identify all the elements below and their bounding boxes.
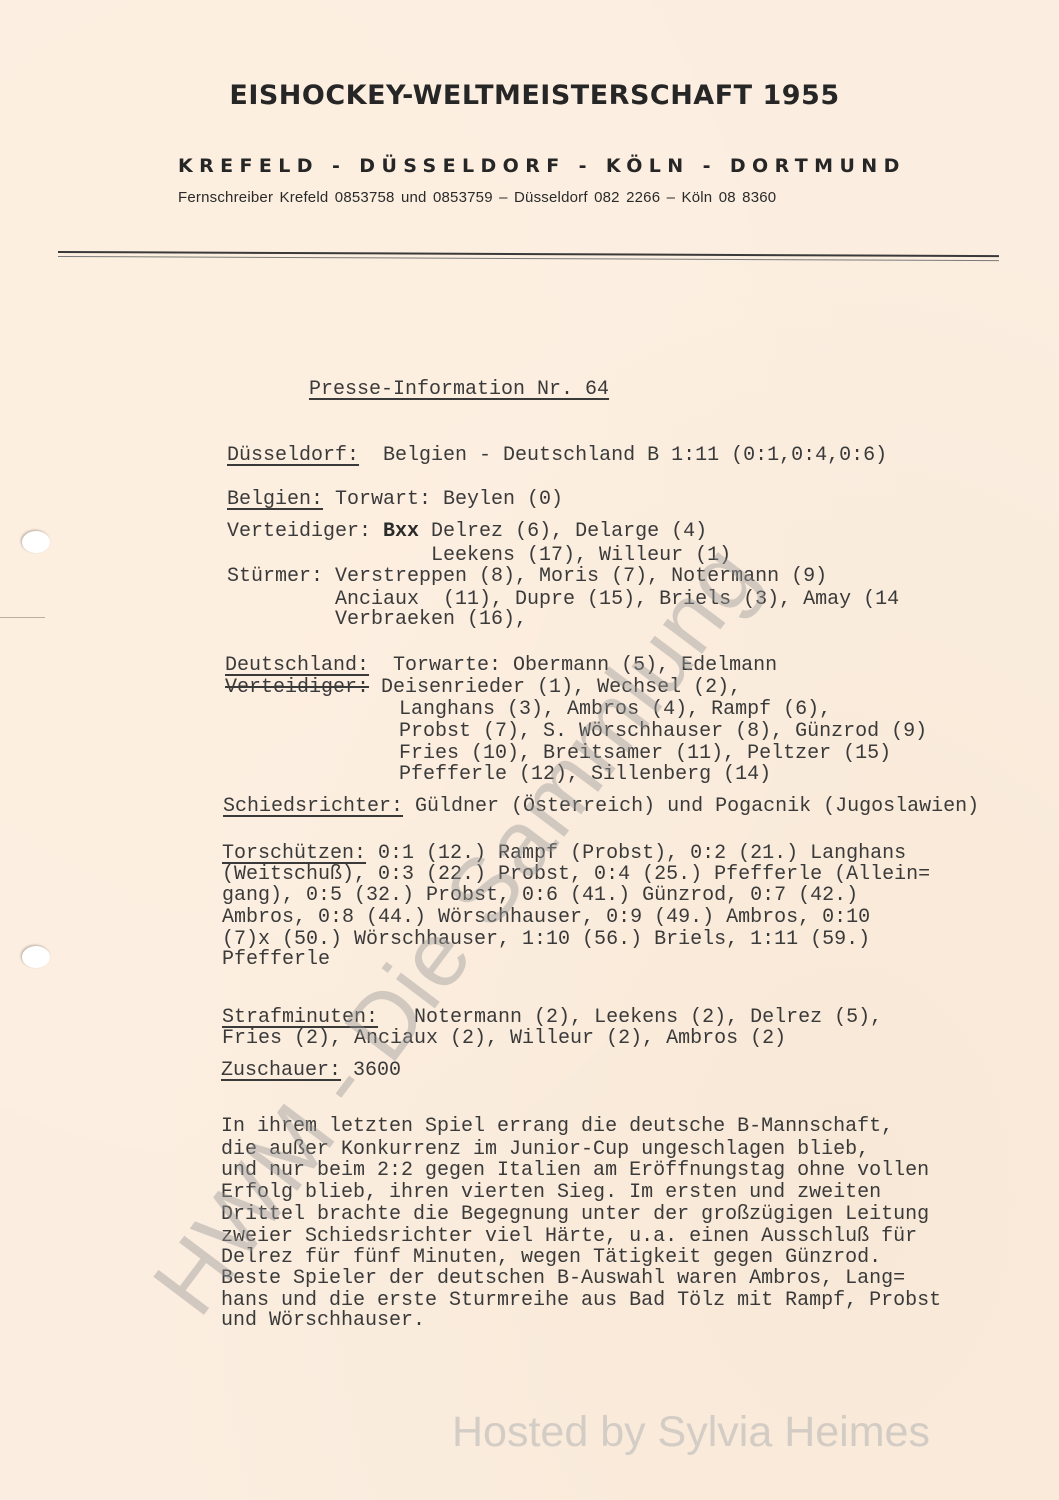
match-result: Belgien - Deutschland B 1:11 (0:1,0:4,0:… [359,444,887,467]
belgien-goalie-line: Belgien: Torwart: Beylen (0) [227,489,563,510]
belgien-defense-line-1: Verteidiger: Bxx Delrez (6), Delarge (4) [227,521,707,542]
report-line-10: und Wörschhauser. [221,1310,425,1331]
belgien-label: Belgien: [227,488,323,511]
scorers-line-3: gang), 0:5 (32.) Probst, 0:6 (41.) Günzr… [222,885,858,906]
deutschland-goalie: Torwarte: Obermann (5), Edelmann [369,654,777,677]
deutschland-players-line-5: Pfefferle (12), Sillenberg (14) [243,764,771,785]
letterhead-title: EISHOCKEY-WELTMEISTERSCHAFT 1955 [0,80,1059,111]
report-line-1: In ihrem letzten Spiel errang die deutsc… [221,1116,893,1137]
referees-line: Schiedsrichter: Güldner (Österreich) und… [223,796,979,817]
scorers-line-5: (7)x (50.) Wörschhauser, 1:10 (56.) Brie… [222,929,870,950]
report-line-2: die außer Konkurrenz im Junior-Cup unges… [221,1139,869,1160]
letterhead-rule-thin [58,256,999,261]
scorers-line-6: Pfefferle [222,949,330,970]
spectators-label: Zuschauer: [221,1059,341,1082]
belgien-defense-line-2: Leekens (17), Willeur (1) [227,545,731,566]
penalties-text-1: Notermann (2), Leekens (2), Delrez (5), [378,1006,882,1029]
deutschland-players-line-4: Fries (10), Breitsamer (11), Peltzer (15… [243,743,891,764]
belgien-forwards-line-1: Stürmer: Verstreppen (8), Moris (7), Not… [227,566,827,587]
referees-label: Schiedsrichter: [223,795,403,818]
belgien-goalie: Torwart: Beylen (0) [323,488,563,511]
deutschland-goalie-line: Deutschland: Torwarte: Obermann (5), Ede… [225,655,777,676]
deutschland-label: Deutschland: [225,654,369,677]
belgien-defense-label: Verteidiger: [227,520,383,543]
margin-mark [0,617,45,618]
deutschland-defense-line-1: Verteidiger: Deisenrieder (1), Wechsel (… [225,677,741,698]
page-heading: Presse-Information Nr. 64 [309,379,609,400]
punch-hole-bottom [22,946,50,968]
spectators-line: Zuschauer: 3600 [221,1060,401,1081]
letterhead-cities: KREFELD - DÜSSELDORF - KÖLN - DORTMUND [178,155,906,177]
deutschland-players-line-2: Langhans (3), Ambros (4), Rampf (6), [243,699,831,720]
report-line-3: und nur beim 2:2 gegen Italien am Eröffn… [221,1160,929,1181]
watermark-container: HWM - Die Sammlung [175,1250,176,1251]
penalties-line-2: Fries (2), Anciaux (2), Willeur (2), Amb… [222,1028,786,1049]
scorers-label: Torschützen: [222,842,366,865]
belgien-forwards-line-2: Anciaux (11), Dupre (15), Briels (3), Am… [227,589,899,610]
spectators-value: 3600 [341,1059,401,1082]
scorers-line-2: (Weitschuß), 0:3 (22.) Probst, 0:4 (25.)… [222,864,930,885]
deutschland-defense-players-1: Deisenrieder (1), Wechsel (2), [369,676,741,699]
report-line-7: Delrez für fünf Minuten, wegen Tätigkeit… [221,1247,881,1268]
penalties-label: Strafminuten: [222,1006,378,1029]
report-line-4: Erfolg blieb, ihren vierten Sieg. Im ers… [221,1182,881,1203]
scorers-line-4: Ambros, 0:8 (44.) Wörschhauser, 0:9 (49.… [222,907,870,928]
report-line-5: Drittel brachte die Begegnung unter der … [221,1204,929,1225]
penalties-line-1: Strafminuten: Notermann (2), Leekens (2)… [222,1007,882,1028]
scorers-text-1: 0:1 (12.) Rampf (Probst), 0:2 (21.) Lang… [366,842,906,865]
report-line-8: Beste Spieler der deutschen B-Auswahl wa… [221,1268,905,1289]
punch-hole-top [22,531,50,553]
report-line-9: hans und die erste Sturmreihe aus Bad Tö… [221,1290,941,1311]
belgien-forwards-line-3: Verbraeken (16), [227,609,527,630]
deutschland-defense-label: Verteidiger: [225,676,369,699]
belgien-defense-strikeout: Bxx [383,520,419,543]
letterhead-contact: Fernschreiber Krefeld 0853758 und 085375… [178,189,776,206]
scorers-line-1: Torschützen: 0:1 (12.) Rampf (Probst), 0… [222,843,906,864]
belgien-defense-players-1: Delrez (6), Delarge (4) [419,520,707,543]
report-line-6: zweier Schiedsrichter viel Härte, u.a. e… [221,1226,917,1247]
deutschland-players-line-3: Probst (7), S. Wörschhauser (8), Günzrod… [243,721,927,742]
referees-names: Güldner (Österreich) und Pogacnik (Jugos… [403,795,979,818]
match-line: Düsseldorf: Belgien - Deutschland B 1:11… [227,445,887,466]
footer-hosted-by: Hosted by Sylvia Heimes [452,1408,930,1457]
match-location-label: Düsseldorf: [227,444,359,467]
